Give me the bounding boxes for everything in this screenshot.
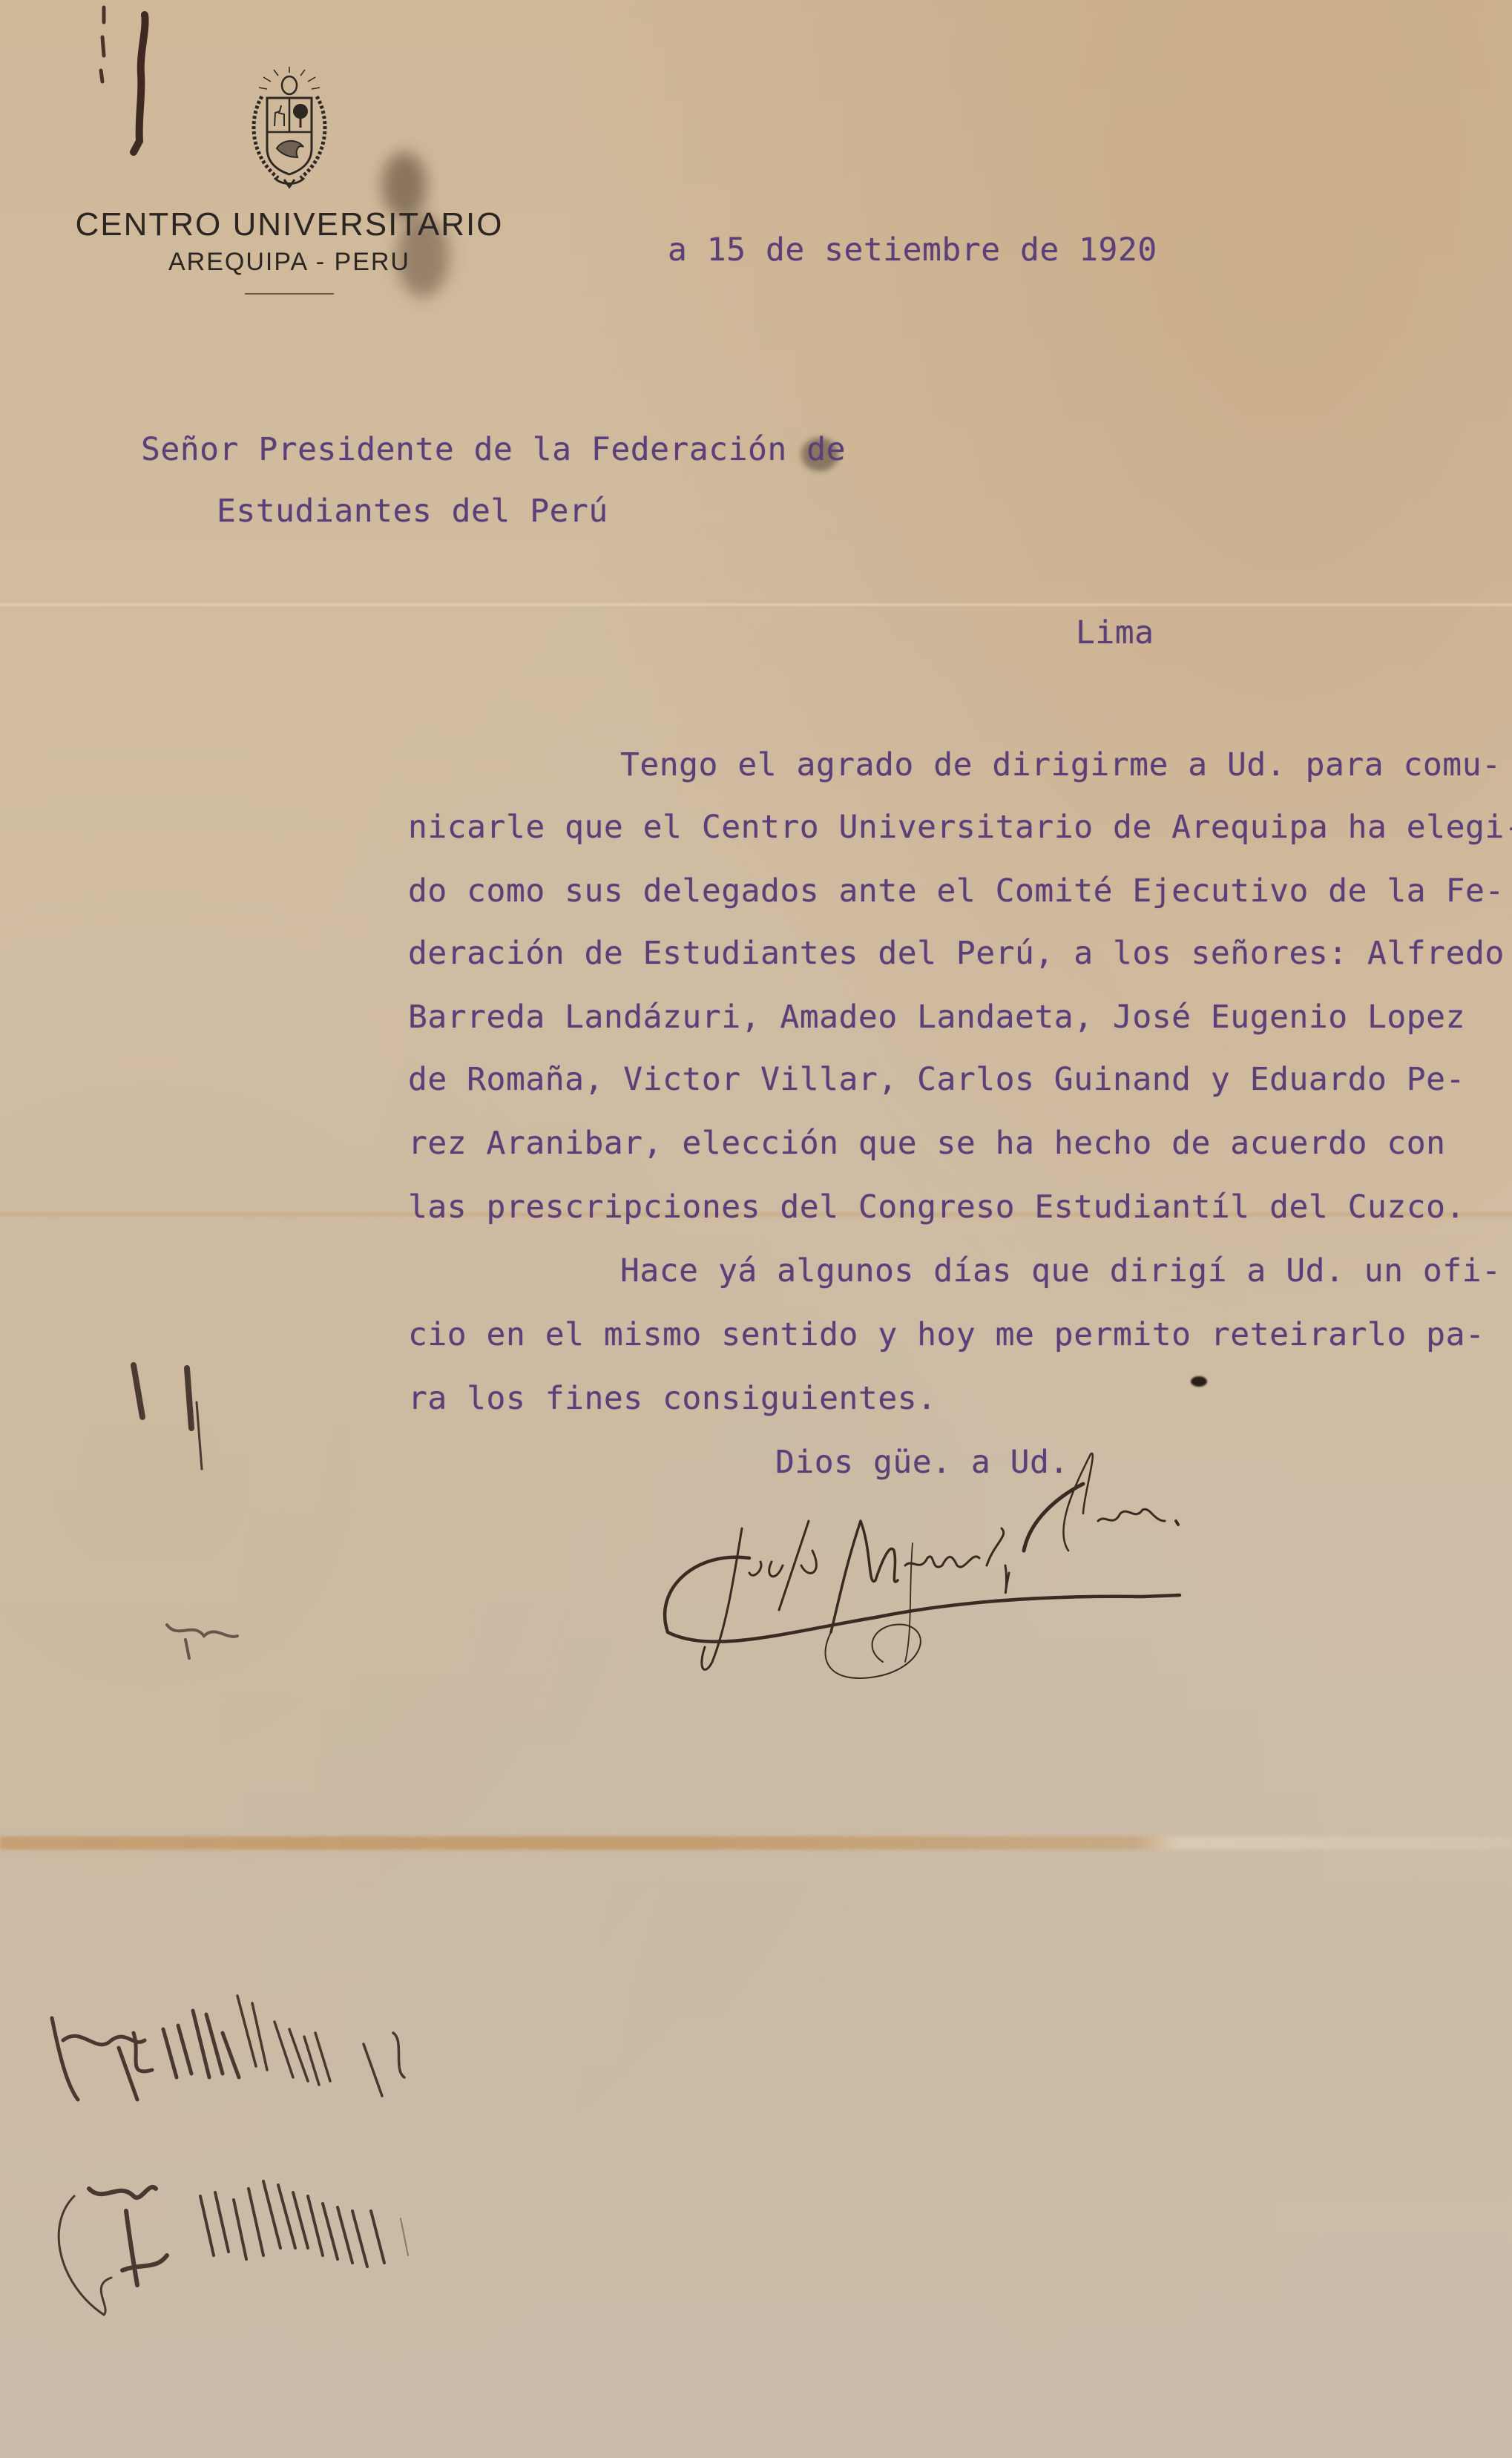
body-line: nicarle que el Centro Universitario de A… <box>408 812 1512 844</box>
letterhead: CENTRO UNIVERSITARIO AREQUIPA - PERU <box>70 67 508 295</box>
addressee-line-2: Estudiantes del Perú <box>217 496 608 528</box>
body-line: Hace yá algunos días que dirigí a Ud. un… <box>620 1255 1501 1287</box>
paper-fold-lower-stain <box>0 1836 1512 1850</box>
addressee-line-1: Señor Presidente de la Federación de <box>141 434 846 466</box>
margin-scribble <box>163 1617 245 1669</box>
signature: José A. Mendoza Solar (handwritten) <box>653 1439 1395 1692</box>
margin-tally-marks <box>126 1358 215 1521</box>
ink-blot <box>1191 1376 1207 1387</box>
coat-of-arms-icon <box>226 67 352 193</box>
body-line: rez Aranibar, elección que se ha hecho d… <box>408 1128 1446 1160</box>
body-line: Barreda Landázuri, Amadeo Landaeta, José… <box>408 1002 1465 1034</box>
paper-fold-top <box>0 602 1512 607</box>
body-line: las prescripciones del Congreso Estudian… <box>408 1192 1465 1223</box>
body-line: deración de Estudiantes del Perú, a los … <box>408 938 1505 970</box>
addressee-city: Lima <box>1076 617 1154 649</box>
letter-date: a 15 de setiembre de 1920 <box>668 234 1157 266</box>
body-line: Tengo el agrado de dirigirme a Ud. para … <box>620 749 1501 781</box>
letterhead-city: AREQUIPA - PERU <box>70 248 508 277</box>
tally-row-1 <box>45 1959 861 2107</box>
body-line: cio en el mismo sentido y hoy me permito… <box>408 1319 1485 1351</box>
body-line: de Romaña, Victor Villar, Carlos Guinand… <box>408 1064 1465 1096</box>
letterhead-name: CENTRO UNIVERSITARIO <box>70 206 508 243</box>
body-line: do como sus delegados ante el Comité Eje… <box>408 875 1505 907</box>
body-line: ra los fines consiguientes. <box>408 1383 936 1415</box>
tally-row-2 <box>45 2137 861 2330</box>
letterhead-rule <box>245 293 334 295</box>
